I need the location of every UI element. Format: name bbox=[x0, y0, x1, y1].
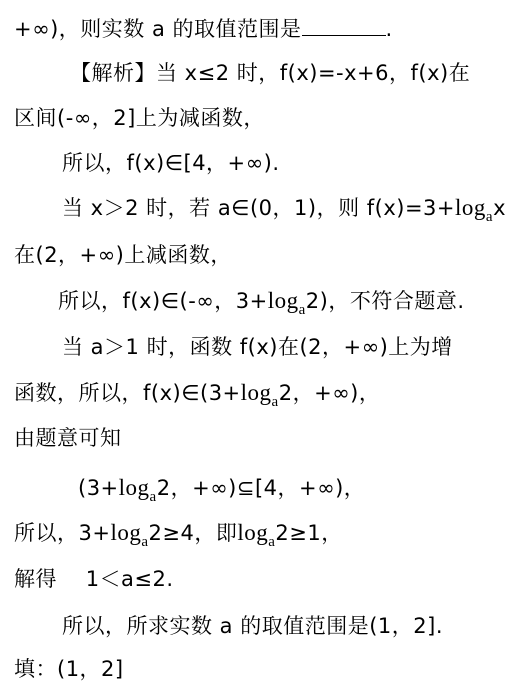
analysis-line-6: 所以，f(x)∈(-∞，3+loga2)，不符合题意. bbox=[58, 288, 465, 317]
log-base: a bbox=[299, 302, 306, 318]
analysis-line-2: 区间(-∞，2]上为减函数， bbox=[14, 105, 265, 131]
log-base: a bbox=[141, 534, 148, 550]
conclusion-line: 所以，所求实数 a 的取值范围是(1，2]. bbox=[62, 613, 443, 639]
log-term: log bbox=[237, 520, 268, 545]
log-term: log bbox=[119, 475, 150, 500]
log-term: log bbox=[241, 380, 272, 405]
log-base: a bbox=[150, 489, 157, 505]
analysis-line-11: 所以，3+loga2≥4，即loga2≥1， bbox=[14, 520, 343, 549]
answer-line: 填：(1，2] bbox=[14, 656, 124, 682]
log-term: log bbox=[268, 288, 299, 313]
log-base: a bbox=[272, 394, 279, 410]
log-term: log bbox=[110, 520, 141, 545]
question-period: . bbox=[386, 17, 393, 41]
analysis-line-5: 在(2，+∞)上减函数， bbox=[14, 242, 232, 268]
question-tail-line: +∞)，则实数 a 的取值范围是. bbox=[14, 15, 393, 42]
analysis-line-3: 所以，f(x)∈[4，+∞). bbox=[62, 150, 280, 176]
analysis-line-1: 【解析】当 x≤2 时，f(x)=-x+6，f(x)在 bbox=[70, 60, 470, 86]
analysis-line-9: 由题意可知 bbox=[14, 425, 122, 451]
analysis-line-8: 函数，所以，f(x)∈(3+loga2，+∞)， bbox=[14, 380, 380, 409]
analysis-line-10: (3+loga2，+∞)⊆[4，+∞)， bbox=[78, 475, 365, 504]
log-base: a bbox=[268, 534, 275, 550]
log-term: log bbox=[455, 195, 486, 220]
analysis-line-4: 当 x＞2 时，若 a∈(0，1)，则 f(x)=3+logax bbox=[62, 195, 506, 224]
analysis-line-12: 解得 1＜a≤2. bbox=[14, 566, 174, 592]
log-base: a bbox=[486, 209, 493, 225]
analysis-line-7: 当 a＞1 时，函数 f(x)在(2，+∞)上为增 bbox=[62, 334, 453, 360]
answer-blank bbox=[302, 15, 386, 36]
question-text: +∞)，则实数 a 的取值范围是 bbox=[14, 17, 302, 41]
